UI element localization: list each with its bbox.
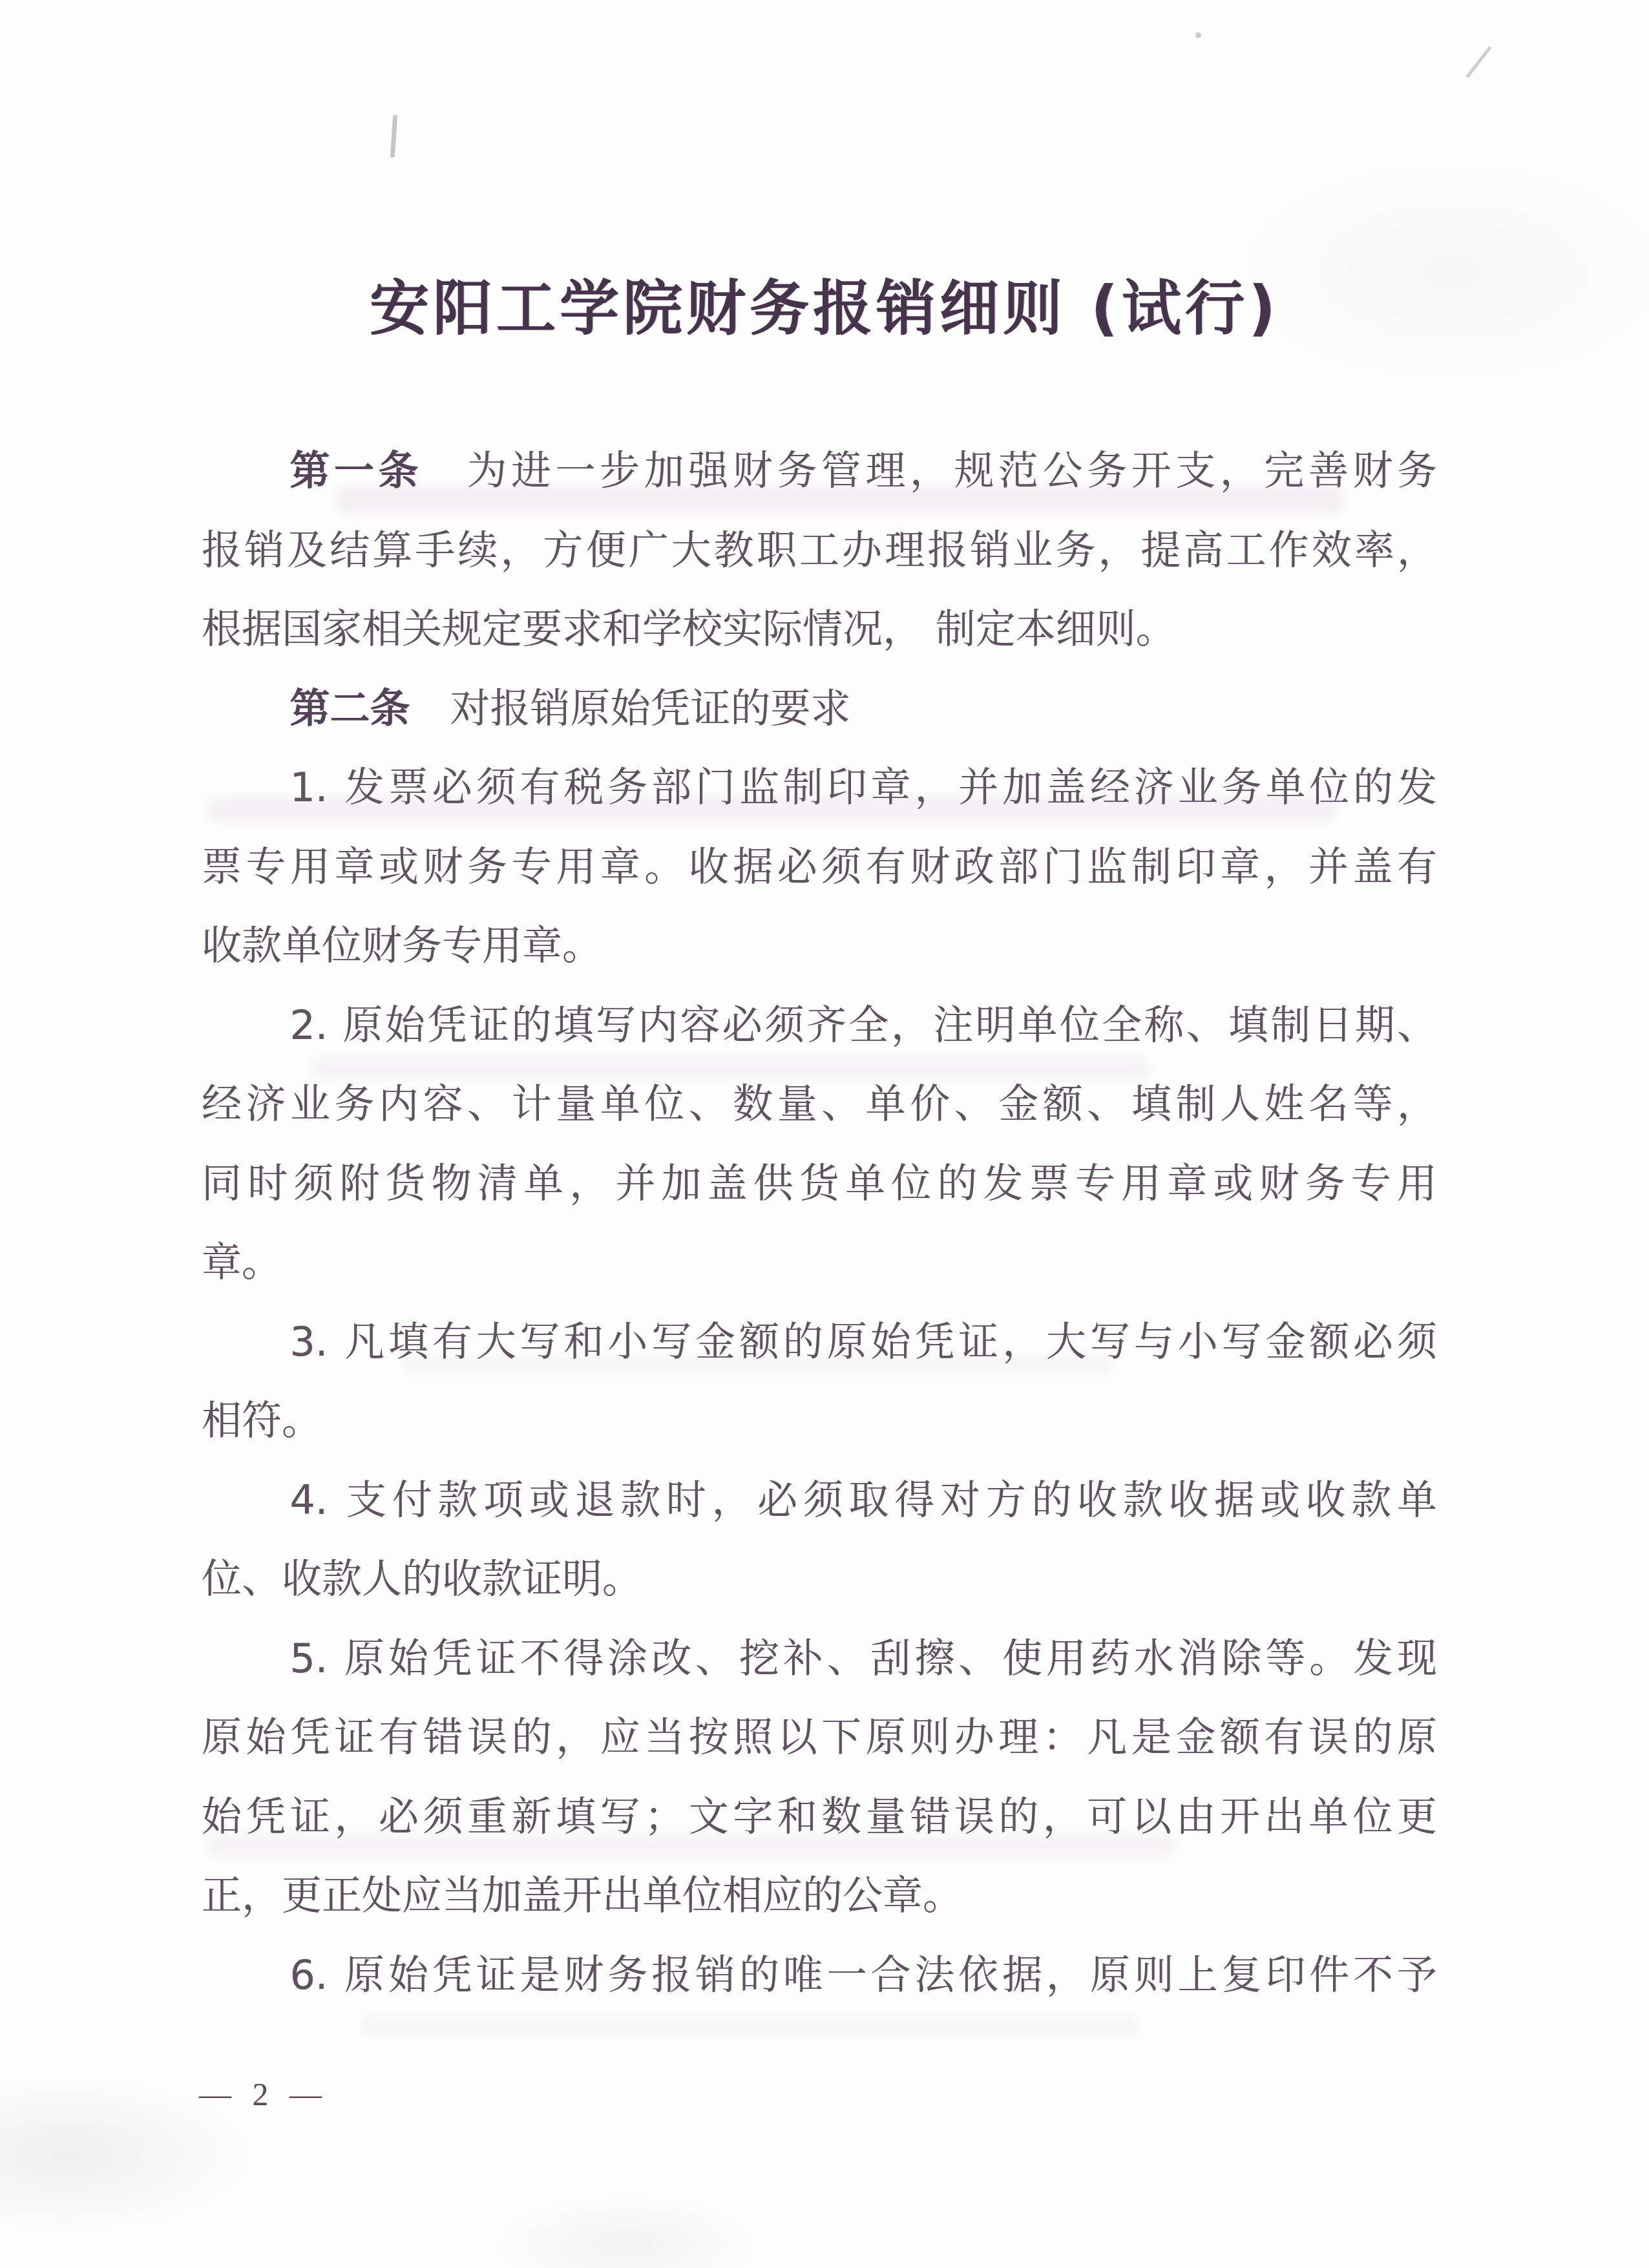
text-segment: 报销及结算手续，方便广大教职工办理报销业务，提高工作效率，: [202, 527, 1437, 574]
document-body: 第一条 为进一步加强财务管理，规范公务开支，完善财务报销及结算手续，方便广大教职…: [202, 432, 1437, 2015]
text-line: 第一条 为进一步加强财务管理，规范公务开支，完善财务: [202, 432, 1437, 511]
text-segment: 1. 发票必须有税务部门监制印章，并加盖经济业务单位的发: [289, 764, 1437, 811]
text-line: 章。: [202, 1223, 1437, 1303]
text-line: 第二条 对报销原始凭证的要求: [202, 669, 1437, 749]
text-line: 6. 原始凭证是财务报销的唯一合法依据，原则上复印件不予: [202, 1936, 1437, 2015]
text-segment: 为进一步加强财务管理，规范公务开支，完善财务: [423, 447, 1437, 494]
text-line: 位、收款人的收款证明。: [202, 1540, 1437, 1619]
document-title: 安阳工学院财务报销细则 (试行): [0, 261, 1649, 346]
text-segment: 5. 原始凭证不得涂改、挖补、刮擦、使用药水消除等。发现: [289, 1635, 1437, 1682]
text-segment: 票专用章或财务专用章。收据必须有财政部门监制印章，并盖有: [202, 843, 1437, 890]
text-line: 收款单位财务专用章。: [202, 907, 1437, 986]
text-line: 报销及结算手续，方便广大教职工办理报销业务，提高工作效率，: [202, 511, 1437, 591]
text-segment: 4. 支付款项或退款时，必须取得对方的收款收据或收款单: [289, 1476, 1437, 1524]
scanned-document-page: 安阳工学院财务报销细则 (试行) 第一条 为进一步加强财务管理，规范公务开支，完…: [0, 0, 1649, 2268]
text-line: 经济业务内容、计量单位、数量、单价、金额、填制人姓名等，: [202, 1065, 1437, 1144]
text-line: 正，更正处应当加盖开出单位相应的公章。: [202, 1856, 1437, 1936]
text-segment: 对报销原始凭证的要求: [410, 685, 850, 732]
text-line: 根据国家相关规定要求和学校实际情况， 制定本细则。: [202, 590, 1437, 669]
text-segment: 6. 原始凭证是财务报销的唯一合法依据，原则上复印件不予: [289, 1951, 1437, 1999]
text-line: 5. 原始凭证不得涂改、挖补、刮擦、使用药水消除等。发现: [202, 1619, 1437, 1699]
scan-artifact-mark: [390, 115, 398, 158]
page-number: — 2 —: [199, 2075, 328, 2113]
article-lead-label: 第二条: [289, 685, 410, 732]
text-segment: 收款单位财务专用章。: [202, 922, 602, 969]
text-segment: 正，更正处应当加盖开出单位相应的公章。: [202, 1872, 963, 1919]
text-segment: 2. 原始凭证的填写内容必须齐全，注明单位全称、填制日期、: [289, 1002, 1437, 1049]
text-line: 票专用章或财务专用章。收据必须有财政部门监制印章，并盖有: [202, 828, 1437, 907]
text-line: 1. 发票必须有税务部门监制印章，并加盖经济业务单位的发: [202, 748, 1437, 828]
article-lead-label: 第一条: [289, 447, 423, 494]
text-segment: 3. 凡填有大写和小写金额的原始凭证，大写与小写金额必须: [289, 1318, 1437, 1365]
text-segment: 位、收款人的收款证明。: [202, 1555, 642, 1602]
text-segment: 原始凭证有错误的，应当按照以下原则办理：凡是金额有误的原: [202, 1714, 1437, 1761]
scan-artifact-mark: [1195, 32, 1201, 38]
text-line: 相符。: [202, 1381, 1437, 1461]
text-line: 原始凭证有错误的，应当按照以下原则办理：凡是金额有误的原: [202, 1698, 1437, 1778]
text-line: 同时须附货物清单，并加盖供货单位的发票专用章或财务专用: [202, 1144, 1437, 1224]
text-line: 2. 原始凭证的填写内容必须齐全，注明单位全称、填制日期、: [202, 986, 1437, 1066]
text-segment: 经济业务内容、计量单位、数量、单价、金额、填制人姓名等，: [202, 1080, 1437, 1128]
scan-artifact-mark: [1465, 46, 1492, 78]
text-segment: 章。: [202, 1239, 282, 1286]
text-line: 4. 支付款项或退款时，必须取得对方的收款收据或收款单: [202, 1461, 1437, 1540]
text-line: 始凭证，必须重新填写；文字和数量错误的，可以由开出单位更: [202, 1778, 1437, 1857]
text-line: 3. 凡填有大写和小写金额的原始凭证，大写与小写金额必须: [202, 1303, 1437, 1382]
text-segment: 始凭证，必须重新填写；文字和数量错误的，可以由开出单位更: [202, 1793, 1437, 1840]
text-segment: 相符。: [202, 1397, 322, 1444]
text-segment: 根据国家相关规定要求和学校实际情况， 制定本细则。: [202, 605, 1176, 653]
text-segment: 同时须附货物清单，并加盖供货单位的发票专用章或财务专用: [202, 1160, 1437, 1207]
bleed-through-smudge: [362, 2016, 1137, 2038]
